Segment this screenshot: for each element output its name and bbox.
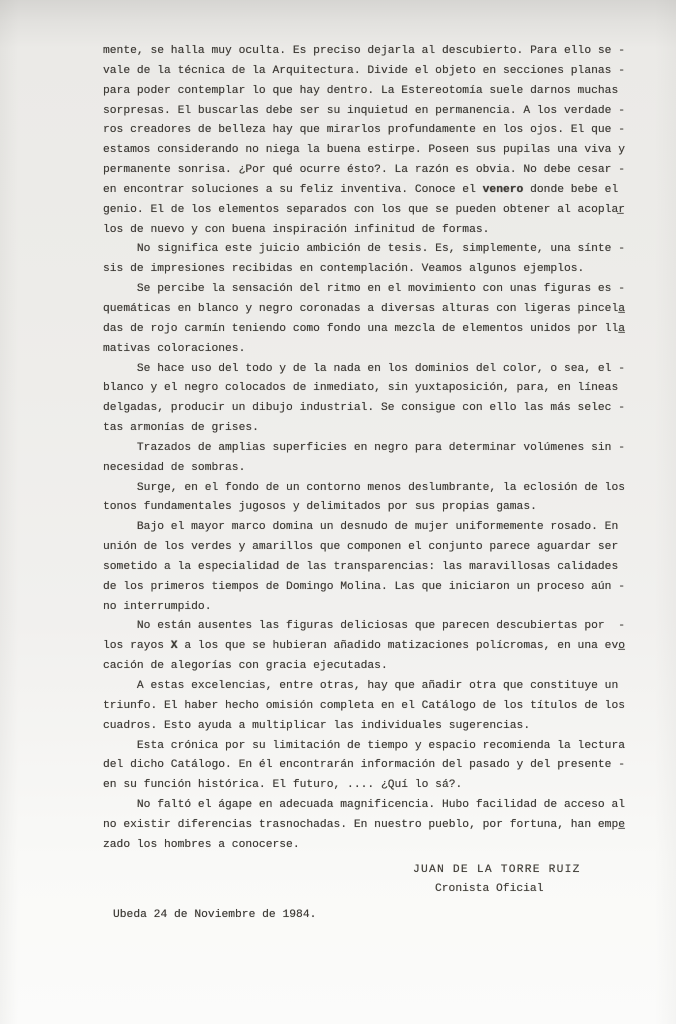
text-line: tonos fundamentales jugosos y delimitado… [103, 498, 625, 518]
text-line: triunfo. El haber hecho omisión completa… [103, 697, 625, 717]
text-line: Se percibe la sensación del ritmo en el … [103, 280, 625, 300]
text-line: tas armonías de grises. [103, 419, 625, 439]
text-line: das de rojo carmín teniendo como fondo u… [103, 320, 625, 340]
text-line: vale de la técnica de la Arquitectura. D… [103, 62, 625, 82]
text-line: no interrumpido. [103, 598, 625, 618]
text-line: en encontrar soluciones a su feliz inven… [103, 181, 625, 201]
signature-block: JUAN DE LA TORRE RUIZ Cronista Oficial [413, 861, 581, 899]
text-line: genio. El de los elementos separados con… [103, 201, 625, 221]
text-line: No significa este juicio ambición de tes… [103, 240, 625, 260]
text-line: estamos considerando no niega la buena e… [103, 141, 625, 161]
text-line: Esta crónica por su limitación de tiempo… [103, 737, 625, 757]
text-line: sis de impresiones recibidas en contempl… [103, 260, 625, 280]
text-line: en su función histórica. El futuro, ....… [103, 776, 625, 796]
text-line: los de nuevo y con buena inspiración inf… [103, 221, 625, 241]
signature-name: JUAN DE LA TORRE RUIZ [413, 861, 581, 880]
text-line: ros creadores de belleza hay que mirarlo… [103, 121, 625, 141]
text-line: zado los hombres a conocerse. [103, 836, 625, 856]
body-text: mente, se halla muy oculta. Es preciso d… [103, 42, 625, 856]
text-line: A estas excelencias, entre otras, hay qu… [103, 677, 625, 697]
text-line: cuadros. Esto ayuda a multiplicar las in… [103, 717, 625, 737]
text-line: mativas coloraciones. [103, 340, 625, 360]
text-line: unión de los verdes y amarillos que comp… [103, 538, 625, 558]
text-line: Bajo el mayor marco domina un desnudo de… [103, 518, 625, 538]
text-line: de los primeros tiempos de Domingo Molin… [103, 578, 625, 598]
text-line: Se hace uso del todo y de la nada en los… [103, 360, 625, 380]
signature-title: Cronista Oficial [435, 880, 581, 899]
text-line: Trazados de amplias superficies en negro… [103, 439, 625, 459]
text-line: Surge, en el fondo de un contorno menos … [103, 479, 625, 499]
text-line: del dicho Catálogo. En él encontrarán in… [103, 756, 625, 776]
text-line: los rayos X a los que se hubieran añadid… [103, 637, 625, 657]
text-line: No están ausentes las figuras deliciosas… [103, 617, 625, 637]
text-line: blanco y el negro colocados de inmediato… [103, 379, 625, 399]
text-line: permanente sonrisa. ¿Por qué ocurre ésto… [103, 161, 625, 181]
text-line: necesidad de sombras. [103, 459, 625, 479]
dateline: Ubeda 24 de Noviembre de 1984. [113, 909, 316, 921]
text-line: No faltó el ágape en adecuada magnificen… [103, 796, 625, 816]
document-page: mente, se halla muy oculta. Es preciso d… [0, 0, 676, 1024]
text-line: mente, se halla muy oculta. Es preciso d… [103, 42, 625, 62]
text-line: quemáticas en blanco y negro coronadas a… [103, 300, 625, 320]
text-line: delgadas, producir un dibujo industrial.… [103, 399, 625, 419]
text-line: para poder contemplar lo que hay dentro.… [103, 82, 625, 102]
text-line: no existir diferencias trasnochadas. En … [103, 816, 625, 836]
text-line: sometido a la especialidad de las transp… [103, 558, 625, 578]
text-line: sorpresas. El buscarlas debe ser su inqu… [103, 102, 625, 122]
text-line: cación de alegorías con gracia ejecutada… [103, 657, 625, 677]
